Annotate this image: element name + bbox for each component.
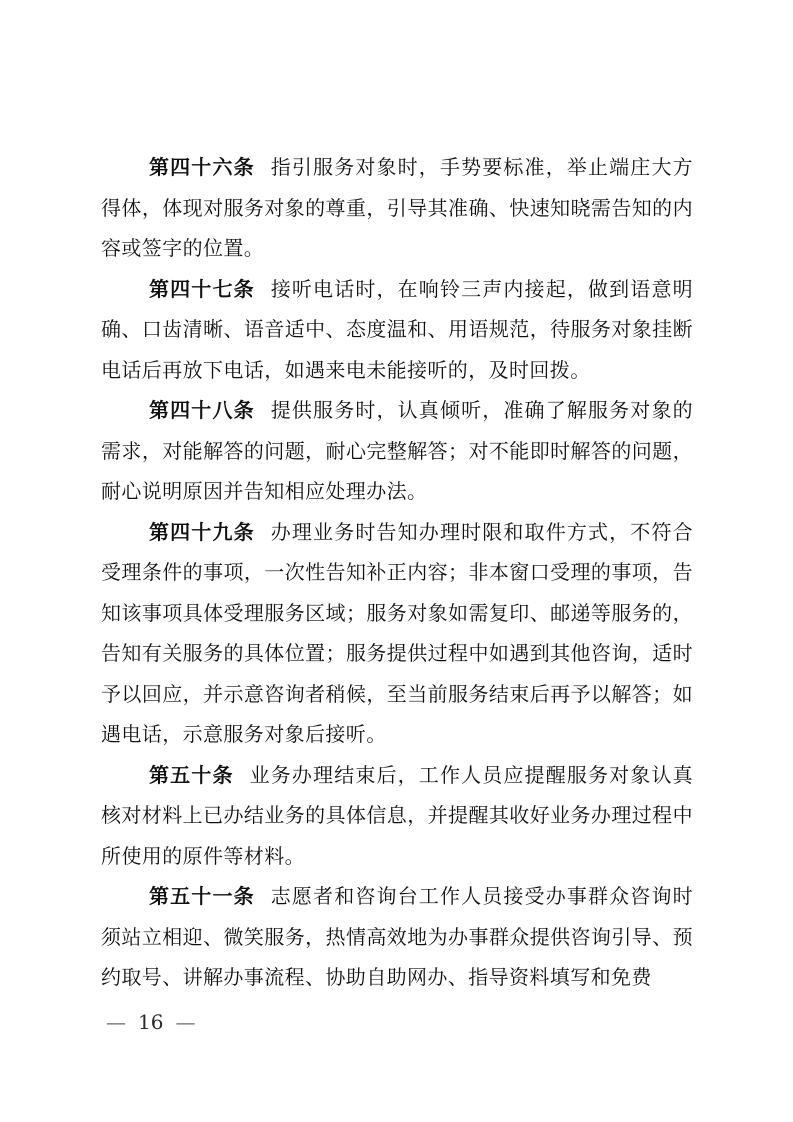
article-paragraph-50: 第五十条业务办理结束后，工作人员应提醒服务对象认真核对材料上已办结业务的具体信息…	[101, 755, 693, 877]
article-paragraph-48: 第四十八条提供服务时，认真倾听，准确了解服务对象的需求，对能解答的问题，耐心完整…	[101, 390, 693, 512]
page-number: 16	[138, 1010, 163, 1034]
article-number: 第四十六条	[149, 155, 255, 179]
footer-left-dash: —	[106, 1010, 126, 1034]
document-page: 第四十六条指引服务对象时，手势要标准，举止端庄大方得体，体现对服务对象的尊重，引…	[0, 0, 793, 1122]
article-number: 第五十条	[149, 763, 234, 787]
article-number: 第四十九条	[149, 520, 255, 544]
article-number: 第四十八条	[149, 398, 255, 422]
article-text-block: 第四十六条指引服务对象时，手势要标准，举止端庄大方得体，体现对服务对象的尊重，引…	[101, 147, 693, 998]
article-body: 办理业务时告知办理时限和取件方式，不符合受理条件的事项，一次性告知补正内容；非本…	[101, 520, 693, 747]
article-paragraph-46: 第四十六条指引服务对象时，手势要标准，举止端庄大方得体，体现对服务对象的尊重，引…	[101, 147, 693, 269]
article-paragraph-49: 第四十九条办理业务时告知办理时限和取件方式，不符合受理条件的事项，一次性告知补正…	[101, 512, 693, 755]
footer-right-dash: —	[175, 1010, 195, 1034]
article-number: 第五十一条	[149, 884, 255, 908]
article-paragraph-51: 第五十一条志愿者和咨询台工作人员接受办事群众咨询时须站立相迎、微笑服务，热情高效…	[101, 876, 693, 998]
article-paragraph-47: 第四十七条接听电话时，在响铃三声内接起，做到语意明确、口齿清晰、语音适中、态度温…	[101, 269, 693, 391]
page-footer: — 16 —	[106, 1010, 195, 1034]
article-number: 第四十七条	[149, 277, 255, 301]
